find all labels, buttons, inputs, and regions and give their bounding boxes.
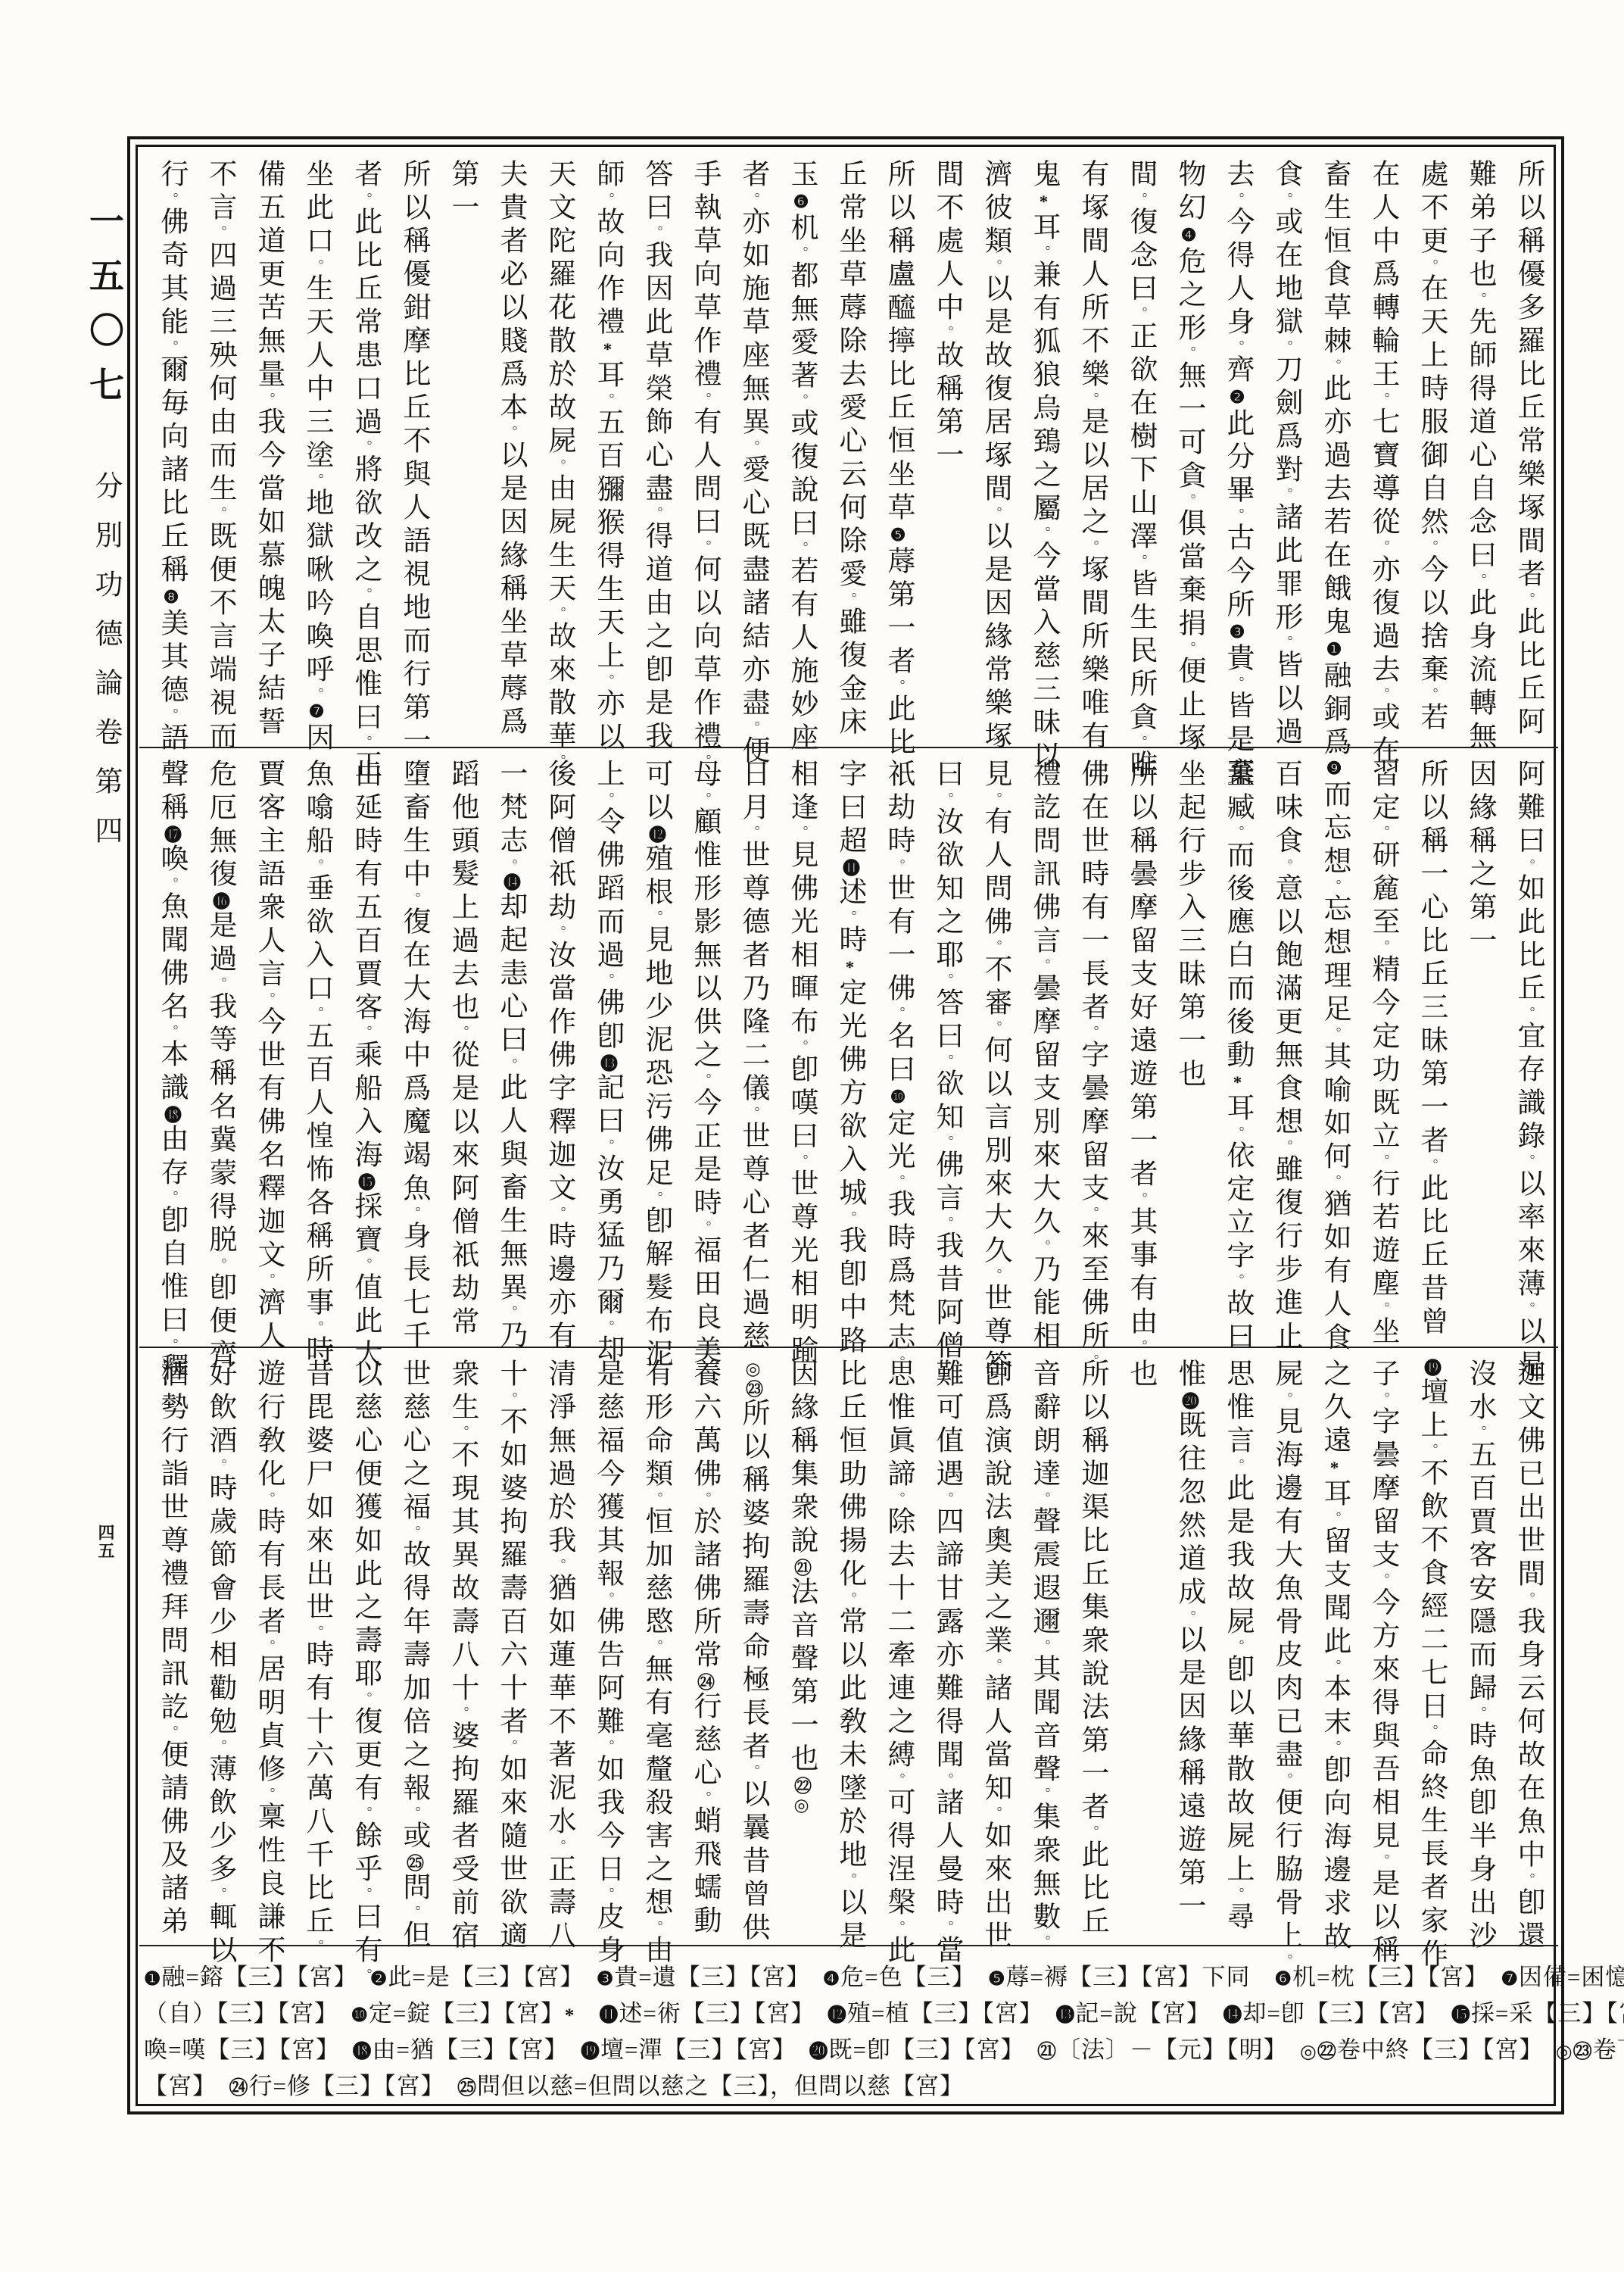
text-column: 是慈福今獲其報。佛告阿難。如我今日。皮身: [583, 1359, 631, 1934]
apparatus-line: （自）【三】【宮】 ❿定=錠【三】【宮】* ⓫述=術【三】【宮】 ⓬殖=植【三】…: [144, 1996, 1546, 2033]
text-column: 佛在世時有一長者。字曇摩留支。來至佛所。: [1068, 759, 1116, 1334]
text-column: 酒勢行詣世尊禮拜問訊訖。便請佛及諸弟: [147, 1359, 195, 1934]
text-column: 坐此口。生天人中三塗。地獄啾吟喚呼。❼因: [292, 159, 341, 735]
text-column: 有形命類。恒加慈愍。無有毫釐殺害之想。由: [631, 1359, 680, 1934]
page-frame: 所以稱優多羅比丘常樂塚間者。此比丘阿難弟子也。先師得道心自念曰。此身流轉無處不更…: [127, 136, 1564, 2114]
text-column: 者。亦如施草座無異。愛心既盡諸結亦盡。便: [728, 159, 777, 735]
text-column: ◎㉓所以稱婆拘羅壽命極長者。以曩昔曾供: [728, 1359, 777, 1934]
text-column: 見。有人問佛。不審。何以言別來大久。世尊答: [971, 759, 1019, 1334]
text-column: 清淨無過於我。猶如蓮華不著泥水。正壽八: [535, 1359, 583, 1934]
text-column: 子。字曇摩留支。今方來得與吾相見。是以稱: [1358, 1359, 1407, 1934]
text-column: 畜生恒食草棘。此亦過去若在餓鬼❶融銅爲: [1310, 159, 1358, 735]
text-column: 世慈心之福。故得年壽加倍之報。或㉕問。但: [389, 1359, 438, 1934]
text-column: 因緣稱之第一: [1455, 759, 1504, 1334]
text-column: 所以稱優鉗摩比丘不與人語視地而行第一: [389, 159, 438, 735]
text-register-bottom: 迦文佛已出世間。我身云何故在魚中。卽還沒水。五百賈客安隱而歸。時魚卽半身出沙⓳壇…: [147, 1359, 1552, 1934]
text-column: 蹈他頭髮上過去也。從是以來阿僧祇劫常: [438, 759, 486, 1334]
text-column: 以慈心便獲如此之壽耶。復更有。餘乎。曰有。: [341, 1359, 389, 1934]
critical-apparatus: ❶融=鎔【三】【宮】 ❷此=是【三】【宮】 ❸貴=遺【三】【宮】 ❹危=色【三】…: [144, 1960, 1546, 2105]
apparatus-line: 喚=嘆【三】【宮】 ⓲由=猶【三】【宮】 ⓳壇=潬【三】【宮】 ⓴既=卽【三】【…: [144, 2033, 1546, 2069]
text-column: 食。或在地獄。刀劍爲對。諸此罪形。皆以過: [1261, 159, 1310, 735]
text-column: 有塚間人所不樂。是以居之。塚間所樂唯有: [1068, 159, 1116, 735]
text-column: 聲稱⓱喚。魚聞佛名。本識⓲由存。卽自惟曰。釋: [147, 759, 195, 1334]
text-column: 阿難曰。如此比丘。宜存識錄。以率來薄。以是: [1504, 759, 1552, 1334]
text-column: 思惟眞諦。除去十二牽連之縛。可得涅槃。此: [874, 1359, 922, 1934]
text-column: 思惟言。此是我故屍。卽以華散故屍上。尋: [1213, 1359, 1261, 1934]
text-column: 母。顧惟形影無以供之。今正是時。福田良美: [680, 759, 728, 1334]
text-column: 第一: [438, 159, 486, 735]
text-column: 禮訖問訊佛言。曇摩留支別來大久。乃能相: [1019, 759, 1068, 1334]
text-column: 昔毘婆尸如來出世。時有十六萬八千比丘。: [292, 1359, 341, 1934]
text-column: 間不處人中。故稱第一: [922, 159, 971, 735]
text-column: 上。令佛蹈而過。佛卽⓭記曰。汝勇猛乃爾。却: [583, 759, 631, 1334]
text-column: 衆生。不現其異故壽八十。婆拘羅者受前宿: [438, 1359, 486, 1934]
text-column: 比丘恒助佛揚化。常以此敎未墜於地。以是: [825, 1359, 874, 1934]
apparatus-line: 【宮】 ㉔行=修【三】【宮】 ㉕問但以慈=但問以慈之【三】，但問以慈【宮】: [144, 2069, 1546, 2105]
register-divider: [139, 747, 1558, 748]
text-column: 魚噏船。垂欲入口。五百人惶怖各稱所事。時: [292, 759, 341, 1334]
text-column: 屍。見海邊有大魚骨皮肉已盡。便行脇骨上。: [1261, 1359, 1310, 1934]
text-column: 相逢。見佛光相暉布。卽嘆曰。世尊光相明踰: [777, 759, 825, 1334]
text-column: 所以稱曇摩留支好遠遊第一者。其事有由。: [1116, 759, 1164, 1334]
text-column: 者。此比丘常患口過。將欲改之。自思惟曰。正: [341, 159, 389, 735]
text-column: 危厄無復⓰是過。我等稱名冀蒙得脱。卽便齊: [195, 759, 244, 1334]
text-column: 去。今得人身。齊❷此分畢。古今所❸貴。皆是棄: [1213, 159, 1261, 735]
text-column: 難可值遇。四諦甘露亦難得聞。諸人曼時。當: [922, 1359, 971, 1934]
volume-title: 分別功德論卷第四: [85, 471, 126, 865]
text-column: 所以稱優多羅比丘常樂塚間者。此比丘阿: [1504, 159, 1552, 735]
text-column: 習定。研麄至。精今定功既立。行若遊塵。坐: [1358, 759, 1407, 1334]
text-column: 天文陀羅花散於故屍。由屍生天。故來散華。: [535, 159, 583, 735]
text-column: 夫貴者必以賤爲本。以是因緣稱坐草蓐爲: [486, 159, 535, 735]
text-column: 可以⓬殖根。見地少泥恐污佛足。卽解髮布泥: [631, 759, 680, 1334]
text-column: 字曰超⓫述。時*定光佛方欲入城。我卽中路: [825, 759, 874, 1334]
text-column: 難弟子也。先師得道心自念曰。此身流轉無: [1455, 159, 1504, 735]
text-column: 玉❻机。都無愛著。或復說曰。若有人施妙座: [777, 159, 825, 735]
text-column: 迦文佛已出世間。我身云何故在魚中。卽還: [1504, 1359, 1552, 1934]
text-column: 好飲酒。時歲節會少相勸勉。薄飲少多。輒以: [195, 1359, 244, 1934]
text-column: 師。故向作禮*耳。五百獼猴得生天上。亦以: [583, 159, 631, 735]
text-column: 也: [1116, 1359, 1164, 1934]
text-column: 所以稱盧醯擰比丘恒坐草❺蓐第一者。此比: [874, 159, 922, 735]
text-column: 備五道更苦無量。我今當如慕魄太子結誓: [244, 159, 292, 735]
text-column: 因緣稱集衆說㉑法音聲第一也㉒◎: [777, 1359, 825, 1934]
text-column: 百味食。意以飽滿更無食想。雖復行步進止: [1261, 759, 1310, 1334]
text-column: 祇劫時。世有一佛。名曰❿定光。我時爲梵志。: [874, 759, 922, 1334]
text-column: 行。佛奇其能。爾毎向諸比丘稱❽美其德。語: [147, 159, 195, 735]
register-divider: [139, 1347, 1558, 1348]
text-column: 濟彼類。以是故復居塚間。以是因緣常樂塚: [971, 159, 1019, 735]
text-column: 丘常坐草蓐除去愛心云何除愛。雖復金床: [825, 159, 874, 735]
text-column: 所以稱一心比丘三昧第一者。此比丘昔曾: [1407, 759, 1455, 1334]
text-column: 手執草向草作禮。有人問曰。何以向草作禮。: [680, 159, 728, 735]
text-column: 沒水。五百賈客安隱而歸。時魚卽半身出沙: [1455, 1359, 1504, 1934]
text-column: 所以稱迦渠比丘集衆說法第一者。此比丘: [1068, 1359, 1116, 1934]
text-column: 在人中爲轉輪王。七寶導從。亦復過去。或在: [1358, 159, 1407, 735]
scanned-canon-page: { "page": { "margin": { "text_number": "…: [0, 0, 1624, 2272]
text-column: 答曰。我因此草榮飾心盡。得道由之卽是我: [631, 159, 680, 735]
text-column: 遊行敎化。時有長者。居明貞修。稟性良謙不: [244, 1359, 292, 1934]
text-column: 後阿僧祇劫。汝當作佛字釋迦文。時邊亦有: [535, 759, 583, 1334]
text-column: 音辭朗達。聲震遐邇。其聞音聲。集衆無數。: [1019, 1359, 1068, 1934]
apparatus-line: ❶融=鎔【三】【宮】 ❷此=是【三】【宮】 ❸貴=遺【三】【宮】 ❹危=色【三】…: [144, 1960, 1546, 1996]
text-column: 一梵志。⓮却起恚心曰。此人與畜生無異。乃: [486, 759, 535, 1334]
text-column: 賈客主語衆人言。今世有佛名釋迦文。濟人: [244, 759, 292, 1334]
text-column: 卽爲演說法奧美之業。諸人當知。如來出世: [971, 1359, 1019, 1934]
text-column: 由延時有五百賈客。乘船入海⓯採寶。值此大: [341, 759, 389, 1334]
text-register-top: 所以稱優多羅比丘常樂塚間者。此比丘阿難弟子也。先師得道心自念曰。此身流轉無處不更…: [147, 159, 1552, 735]
text-column: 養六萬佛。於諸佛所常㉔行慈心。蛸飛蠕動: [680, 1359, 728, 1934]
text-column: 坐起行步入三昧第一也: [1164, 759, 1213, 1334]
folio-number: 四五: [94, 1524, 117, 1560]
text-column: 蓋臧。而後應白而後動*耳。依定立字。故曰: [1213, 759, 1261, 1334]
text-column: 處不更。在天上時服御自然。今以捨棄。若: [1407, 159, 1455, 735]
apparatus-divider: [139, 1945, 1558, 1946]
text-column: 鬼*耳。兼有狐狼烏鵄之屬。今當入慈三昧以: [1019, 159, 1068, 735]
text-column: ❾而忘想。忘想理足。其喻如何。猶如有人食: [1310, 759, 1358, 1334]
text-column: 日月。世尊德者乃隆二儀。世尊心者仁過慈: [728, 759, 777, 1334]
text-column: 曰。汝欲知之耶。答曰。欲知。佛言。我昔阿僧: [922, 759, 971, 1334]
text-column: 墮畜生中。復在大海中爲魔竭魚。身長七千: [389, 759, 438, 1334]
text-column: 物幻❹危之形。無一可貪。俱當棄捐。便止塚: [1164, 159, 1213, 735]
text-column: 之久遠*耳。留支聞此。本末。卽向海邊求故: [1310, 1359, 1358, 1934]
text-column: 不言。四過三殃何由而生。既便不言端視而: [195, 159, 244, 735]
text-column: ⓳壇上。不飲不食經二七日。命終生長者家作: [1407, 1359, 1455, 1934]
text-column: 間。復念曰。正欲在樹下山澤。皆生民所貪。唯: [1116, 159, 1164, 735]
taisho-text-number: 一五〇七: [79, 203, 129, 421]
text-register-middle: 阿難曰。如此比丘。宜存識錄。以率來薄。以是因緣稱之第一所以稱一心比丘三昧第一者。…: [147, 759, 1552, 1334]
text-column: 十。不如婆拘羅壽百六十者。如來隨世欲適: [486, 1359, 535, 1934]
text-column: 惟⓴既往忽然道成。以是因緣稱遠遊第一: [1164, 1359, 1213, 1934]
